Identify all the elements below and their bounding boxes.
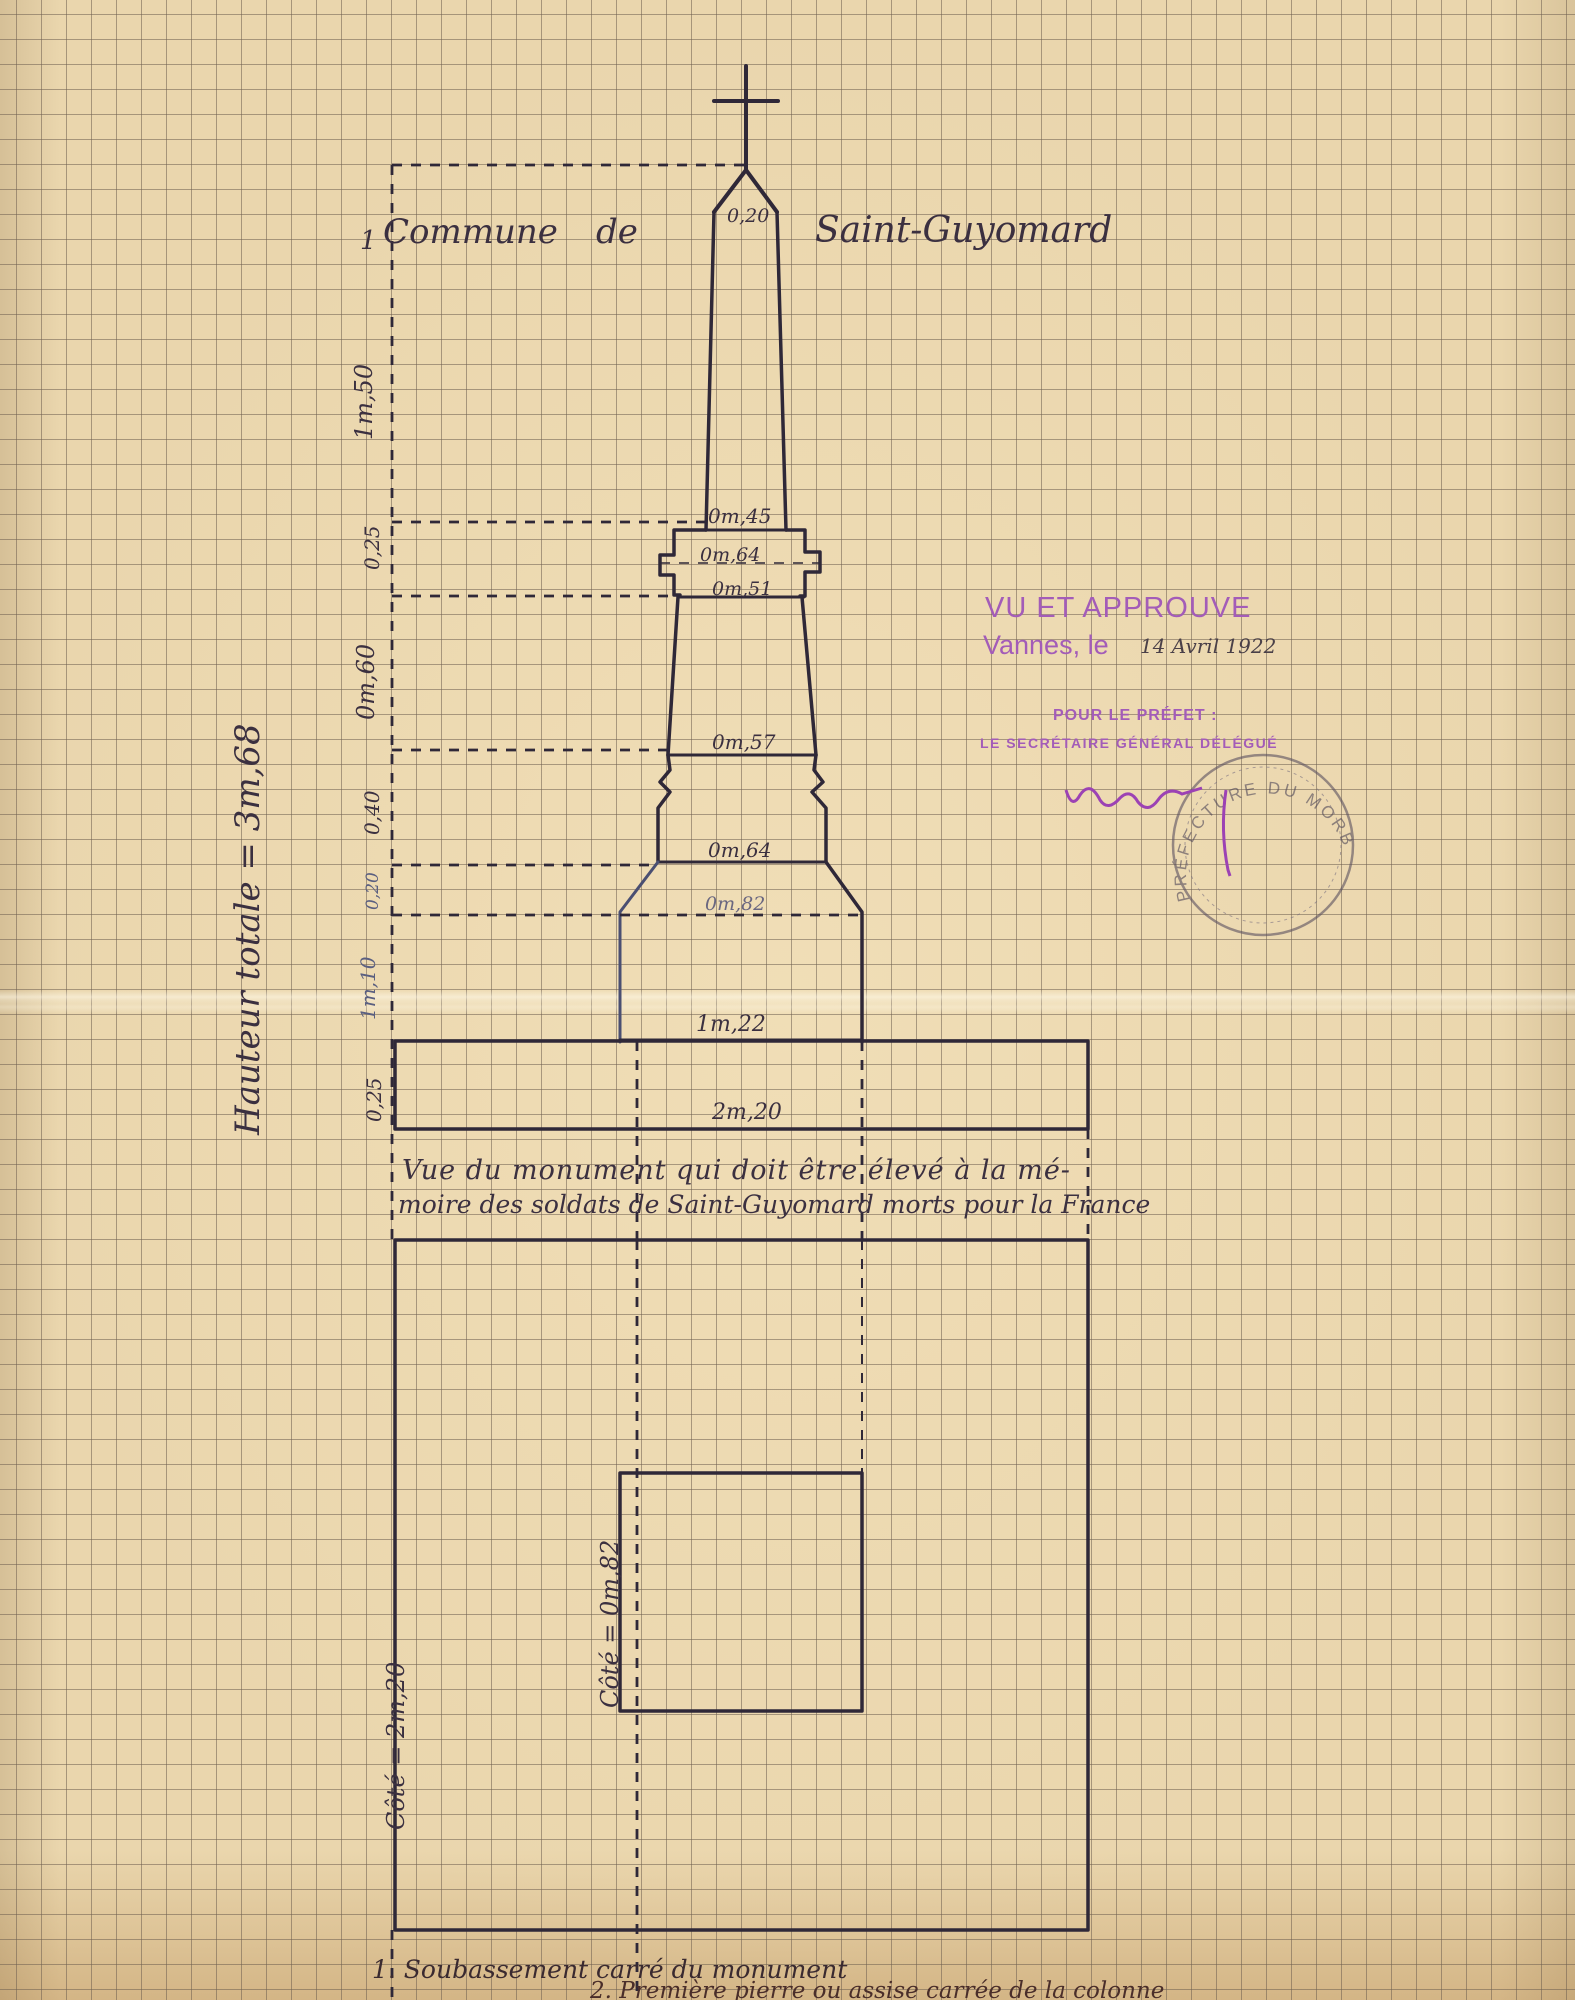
width-label-051: 0m,51 [712,578,772,600]
width-label-045: 0m,45 [708,504,772,528]
width-label-top: 0,20 [727,205,769,227]
height-label-chamfer: 0,20 [363,872,383,910]
approval-stamp-place: Vannes, le [983,630,1109,661]
width-label-220: 2m,20 [712,1100,782,1125]
title-commune-name: Saint-Guyomard [815,210,1112,251]
height-label-shaft: 0m,60 [352,644,380,720]
approval-date: 14 Avril 1922 [1140,634,1276,658]
width-label-122: 1m,22 [696,1012,766,1037]
total-height-label: Hauteur totale = 3m,68 [228,723,268,1135]
caption-line-2: moire des soldats de Saint-Guyomard mort… [398,1190,1150,1219]
width-label-082: 0m,82 [705,893,765,915]
height-label-spire: 1m,50 [350,364,378,440]
width-label-057: 0m,57 [712,730,776,754]
height-label-cornice: 0,25 [360,525,384,570]
height-label-plinth: 0,25 [362,1077,386,1122]
plan-inner-side-label: Côté = 0m,82 [596,1540,624,1708]
caption-line-1: Vue du monument qui doit être élevé à la… [402,1155,1071,1186]
cross-icon [714,66,778,170]
title-commune: Commune [383,212,558,252]
approval-stamp-title: VU ET APPROUVE [985,592,1252,625]
svg-text:PRÉFECTURE DU MORBIHAN: PRÉFECTURE DU MORBIHAN [0,0,1359,904]
height-label-ring: 0,40 [360,790,384,835]
plan-outer-side-label: Côté = 2m,20 [382,1662,410,1830]
approval-stamp-secretary: LE SECRÉTAIRE GÉNÉRAL DÉLÉGUÉ [980,735,1278,751]
width-label-064: 0m,64 [708,838,772,862]
title-de: de [596,212,638,252]
legend-item-2: 2. Première pierre ou assise carrée de l… [590,1978,1164,2000]
width-label-064-cornice: 0m,64 [700,544,760,566]
margin-label-1: 1 [360,226,377,256]
height-label-base-block: 1m,10 [356,957,380,1021]
approval-stamp-for-prefect: POUR LE PRÉFET : [1053,707,1217,725]
prefecture-seal: PRÉFECTURE DU MORBIHAN [0,0,1359,935]
